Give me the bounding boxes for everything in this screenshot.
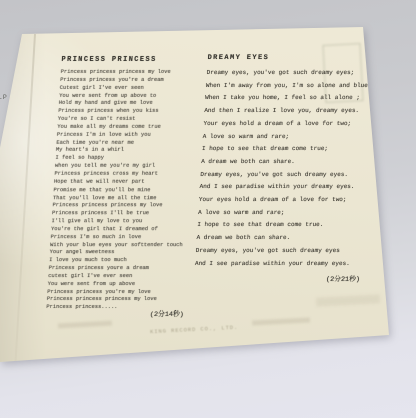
lyric-line: And then I realize I love you, dreamy ey… <box>204 105 373 118</box>
lyric-line: when you tell me you're my girl <box>55 163 220 171</box>
lyric-lines: Dreamy eyes, you've got such dreamy eyes… <box>195 67 375 270</box>
lyric-line: And I see paradise within your dreamy ey… <box>195 258 364 271</box>
lyric-line: A dream we both can share. <box>201 156 370 169</box>
lyric-line: When I take you home, I feel so all alon… <box>205 92 374 105</box>
lyric-line: Princess princess I'll be true <box>52 210 217 218</box>
song-title: DREAMY EYES <box>207 54 376 63</box>
lyric-line: cutest girl I've ever seen <box>48 273 213 281</box>
paper-shadow: KING RECORD CO., LTD. PRINCESS PRINCESS … <box>0 0 416 418</box>
song-title: PRINCESS PRINCESS <box>61 56 227 65</box>
lyric-line: When I'm away from you, I'm so alone and… <box>205 80 374 93</box>
lyric-line: You were sent from up above <box>47 281 212 289</box>
lyric-line: Cutest girl I've ever seen <box>59 85 224 93</box>
lyric-line: You're the girl that I dreamed of <box>51 226 216 234</box>
lyric-line: Hope that we will never part <box>54 179 219 187</box>
song-duration: (2分14秒) <box>150 308 185 319</box>
lyric-line: Princess princess you're a dream <box>60 77 225 85</box>
lyric-line: A love so warm and rare; <box>202 131 371 144</box>
lyric-line: Princess princess princess my love <box>52 202 217 210</box>
lyric-line: Your eyes hold a dream of a love for two… <box>203 118 372 131</box>
lyric-line: Dreamy eyes, you've got such dreamy eyes… <box>206 67 375 80</box>
lyric-line: Princess princess princess my love <box>60 69 225 77</box>
lyric-line: Princess princess cross my heart <box>54 171 219 179</box>
lyric-line: Princess princess..... <box>46 304 211 312</box>
lyric-line: I'll give all my love to you <box>51 218 216 226</box>
lyric-line: I hope to see that dream come true. <box>197 219 366 232</box>
lyric-line: Dreamy eyes, you've got such dreamy eyes <box>195 245 364 258</box>
lyric-line: Princess I'm in love with you <box>57 132 222 140</box>
lyric-line: I feel so happy <box>55 155 220 163</box>
lyric-line: Dreamy eyes, you've got such dreamy eyes… <box>200 169 369 182</box>
song-duration: (2分21秒) <box>194 273 363 284</box>
lyric-line: A dream we both can share. <box>196 232 365 245</box>
lyric-line: And I see paradise within your dreamy ey… <box>199 181 368 194</box>
lyric-line: I love you much too much <box>49 257 214 265</box>
lyric-line: Promise me that you'll be mine <box>53 187 218 195</box>
lyric-line: I hope to see that dream come true; <box>202 143 371 156</box>
lyric-line: Princess I'm so much in love <box>50 234 215 242</box>
lyric-line: A love so warm and rare; <box>198 207 367 220</box>
lyric-line: You make all my dreams come true <box>57 124 222 132</box>
lyrics-block: PRINCESS PRINCESS Princess princess prin… <box>22 50 385 350</box>
lyric-sheet: KING RECORD CO., LTD. PRINCESS PRINCESS … <box>0 0 416 418</box>
lyric-line: Your eyes hold a dream of a love for two… <box>198 194 367 207</box>
lyric-line: Princess princess youre a dream <box>48 265 213 273</box>
lyric-line: Princess princess when you kiss <box>58 108 223 116</box>
lyric-line: You're so I can't resist <box>57 116 222 124</box>
song-dreamy-eyes: DREAMY EYES Dreamy eyes, you've got such… <box>194 54 376 284</box>
photo-scene: LP KING RECORD CO., LTD. PRINCESS PRINCE… <box>0 0 416 418</box>
